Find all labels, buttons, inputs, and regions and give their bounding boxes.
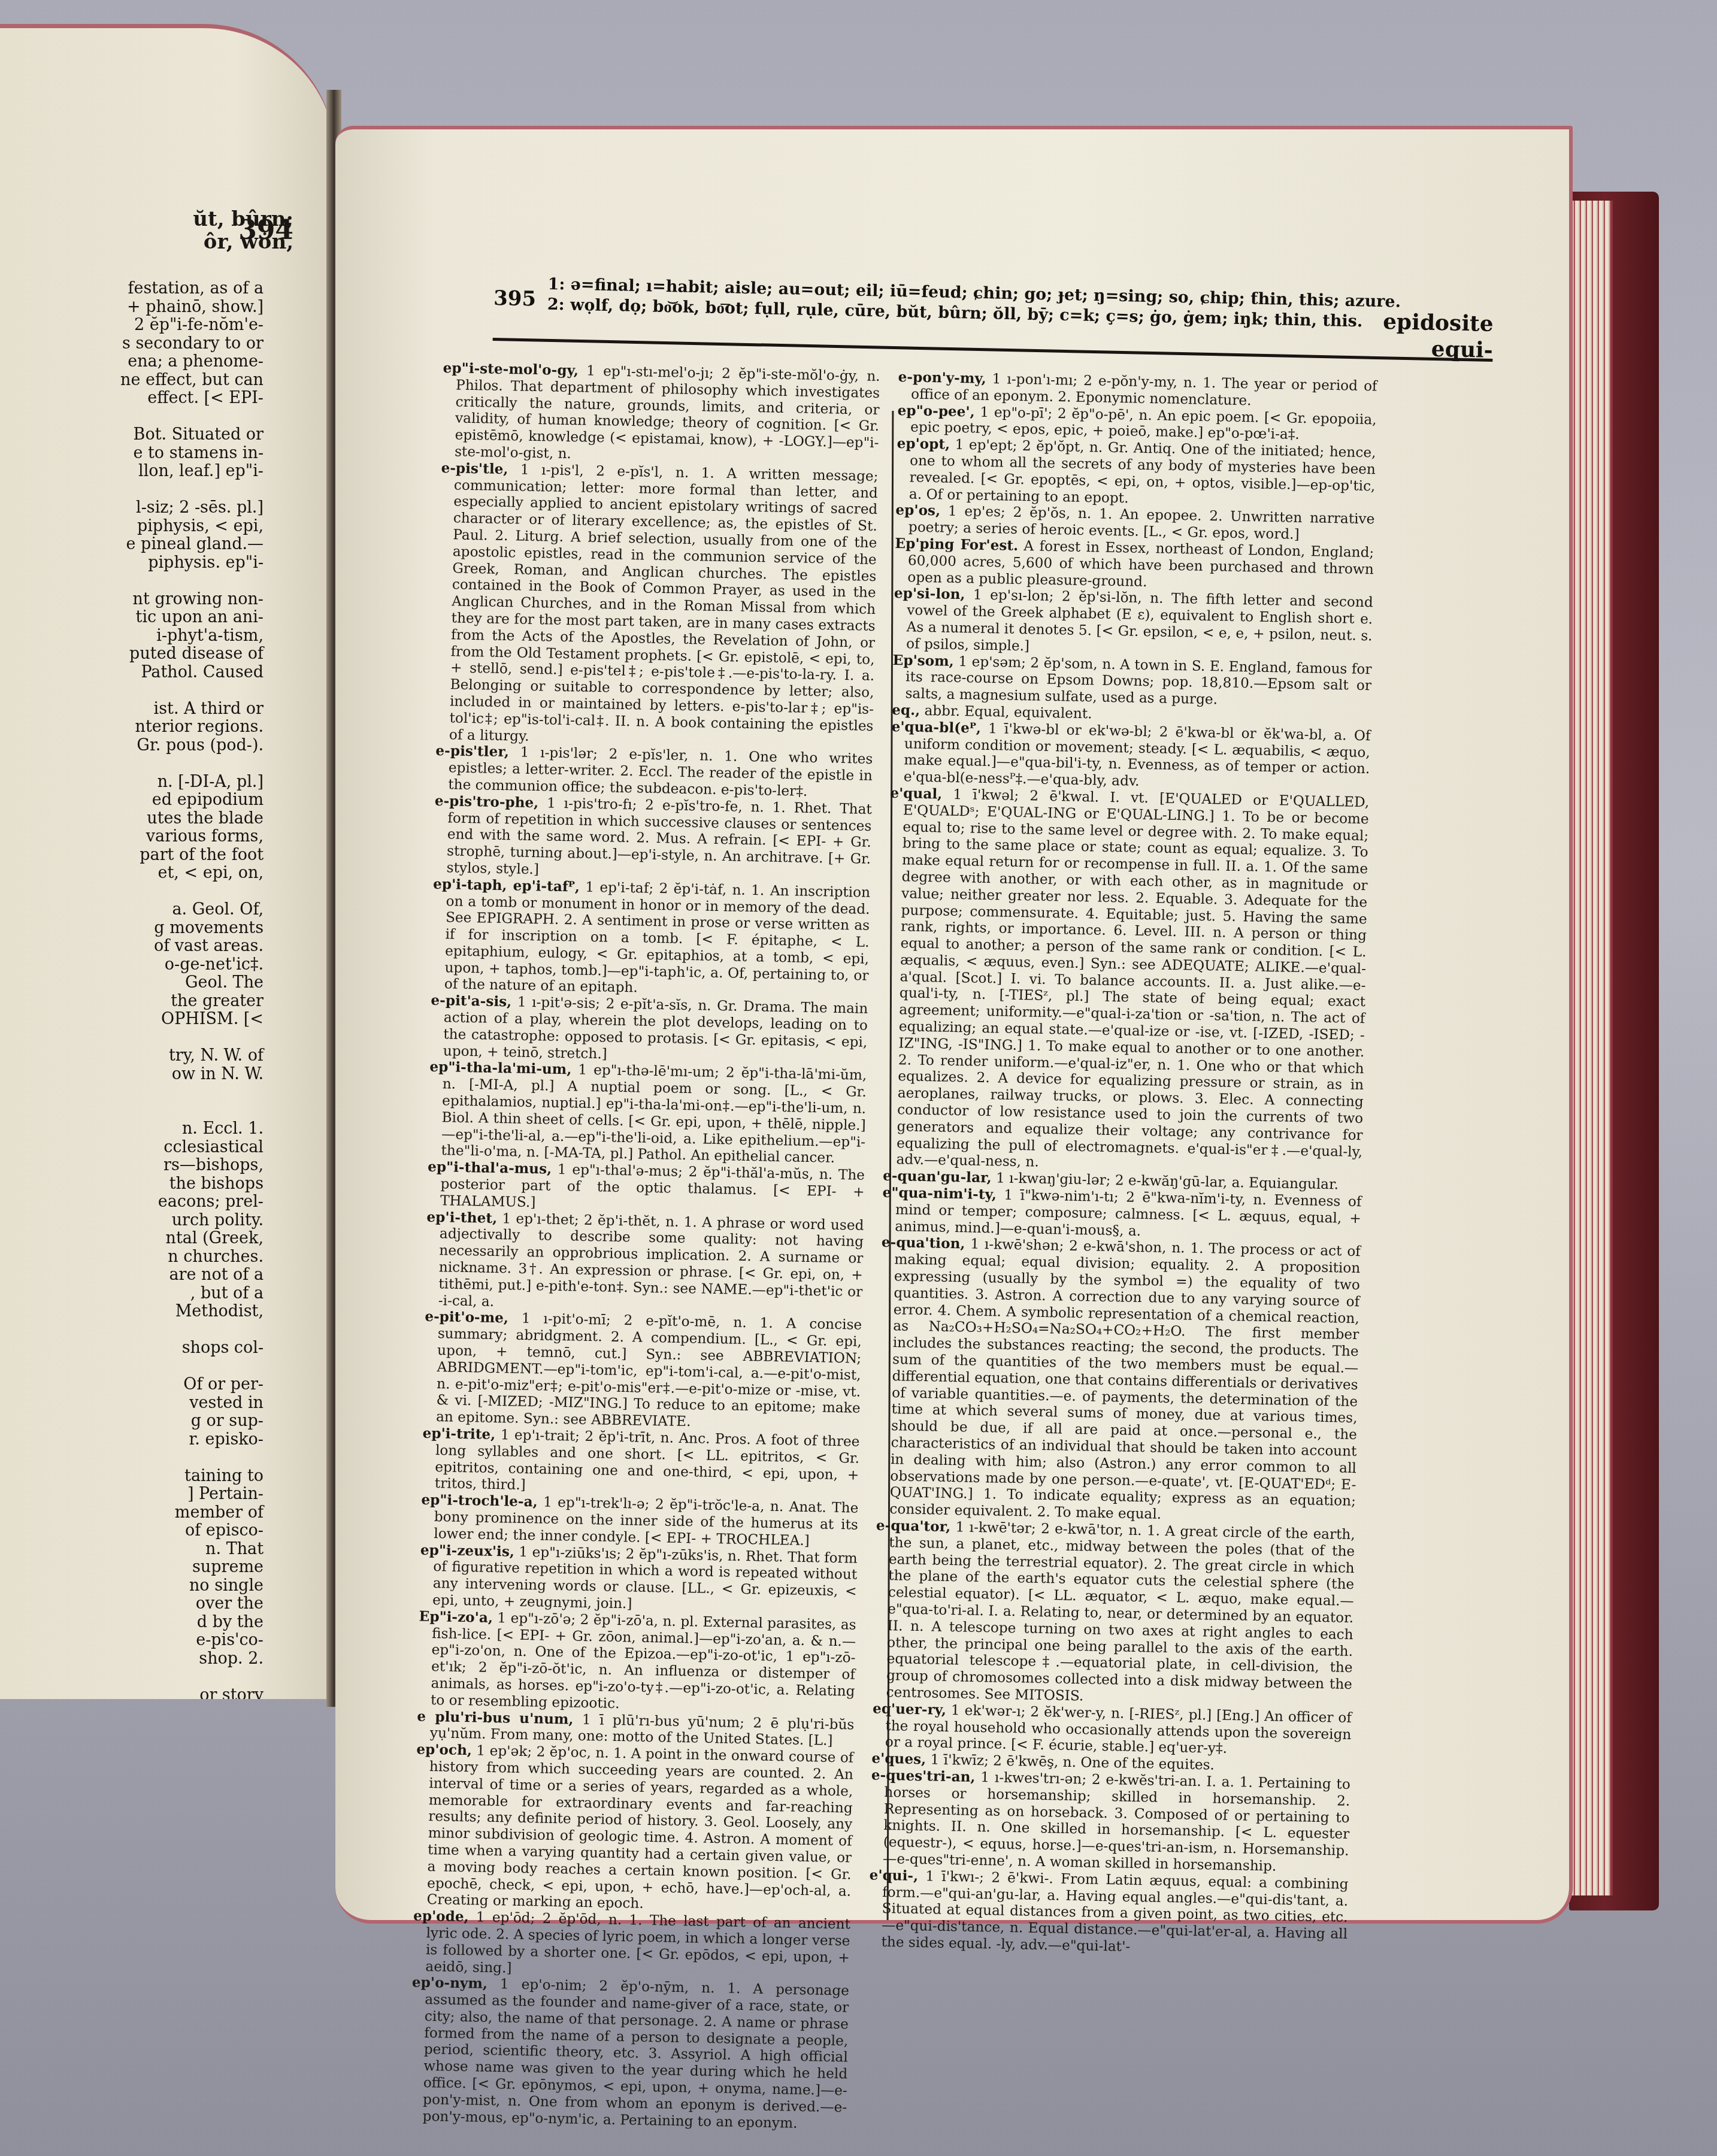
- fragment-line: taining to: [66, 1467, 264, 1486]
- fragment-line: [66, 1358, 264, 1376]
- fragment-line: Methodist,: [66, 1303, 264, 1321]
- entry-headword: e-pit'o-me,: [425, 1309, 508, 1327]
- entry-headword: ep"i-troch'le-a,: [421, 1492, 538, 1510]
- fragment-line: r. episko-: [66, 1431, 264, 1449]
- fragment-line: [66, 883, 264, 901]
- entry-headword: eq.,: [892, 702, 920, 719]
- fragment-line: of episco-: [66, 1522, 264, 1540]
- fragment-line: [66, 1083, 264, 1102]
- dictionary-entry: ep"i-thal'a-mus, 1 ep"ı-thal'ə-mus; 2 ĕp…: [440, 1159, 865, 1217]
- entry-definition: 1 ı-kwē'tər; 2 e-kwā'tor, n. 1. A great …: [886, 1519, 1355, 1704]
- fragment-line: ed epipodium: [66, 791, 264, 810]
- dictionary-entry: e-pis'tler, 1 ı-pis'lər; 2 e-pĭs'ler, n.…: [448, 743, 873, 801]
- entry-headword: eq'uer-ry,: [873, 1700, 947, 1718]
- fragment-line: et, < epi, on,: [66, 864, 264, 883]
- entry-headword: e-pon'y-my,: [898, 369, 986, 387]
- entry-headword: Ep'ping For'est.: [895, 535, 1018, 554]
- fragment-line: piphysis, < epi,: [66, 517, 264, 536]
- entry-headword: e-pit'a-sis,: [431, 992, 511, 1010]
- fragment-line: of vast areas.: [66, 937, 264, 956]
- entry-headword: e'qual,: [890, 785, 942, 803]
- fragment-line: a. Geol. Of,: [66, 901, 264, 919]
- entry-definition: 1 ep"ı-thə-lē'mı-um; 2 ĕp"i-tha-lā'mi-ŭm…: [441, 1062, 867, 1166]
- fragment-line: o-ge-net'ic‡.: [66, 956, 264, 974]
- entry-headword: e-quan'gu-lar,: [883, 1168, 992, 1186]
- fragment-line: piphysis. ep"i-: [66, 554, 264, 573]
- entry-headword: ep"i-zeux'is,: [420, 1542, 515, 1560]
- entry-headword: ep'i-thet,: [426, 1209, 497, 1226]
- fragment-line: nterior regions.: [66, 718, 264, 737]
- entry-definition: 1 ep'ı-thet; 2 ĕp'i-thĕt, n. 1. A phrase…: [438, 1210, 864, 1310]
- entry-definition: 1 ı-pis'lər; 2 e-pĭs'ler, n. 1. One who …: [448, 744, 873, 800]
- entry-headword: ep"o-pee',: [897, 402, 975, 420]
- fragment-line: nt growing non-: [66, 591, 264, 609]
- fragment-line: [66, 1668, 264, 1686]
- guide-words: epidosite equi-: [1382, 308, 1494, 364]
- fragment-line: Geol. The: [66, 974, 264, 992]
- fragment-line: e to stamens in-: [66, 444, 264, 463]
- dictionary-column-right: e-pon'y-my, 1 ı-pon'ı-mı; 2 e-pŏn'y-my, …: [868, 369, 1377, 1960]
- fragment-line: rs—bishops,: [66, 1156, 264, 1175]
- dictionary-column-left: ep"i-ste-mol'o-gy, 1 ep"ı-stı-mel'o-jı; …: [409, 360, 880, 2133]
- fragment-line: are not of a: [66, 1266, 264, 1285]
- dictionary-entry: e-qua'tor, 1 ı-kwē'tər; 2 e-kwā'tor, n. …: [886, 1518, 1355, 1710]
- fragment-line: llon, leaf.] ep"i-: [66, 462, 264, 481]
- fragment-line: Bot. Situated or: [66, 426, 264, 444]
- fragment-line: s secondary to or: [66, 335, 264, 353]
- dictionary-entry: ep'och, 1 ep'ək; 2 ĕp'oc, n. 1. A point …: [426, 1742, 853, 1916]
- fragment-line: [66, 408, 264, 426]
- dictionary-entry: e-qua'tion, 1 ı-kwē'shən; 2 e-kwā'shon, …: [889, 1235, 1361, 1527]
- fragment-line: part of the foot: [66, 846, 264, 865]
- fragment-line: shop. 2.: [66, 1650, 264, 1669]
- entry-definition: 1 ep'o-nim; 2 ĕp'o-nȳm, n. 1. A personag…: [422, 1976, 849, 2131]
- fragment-line: urch polity.: [66, 1212, 264, 1230]
- dictionary-entry: Ep'ping For'est. A forest in Essex, nort…: [907, 535, 1374, 594]
- fragment-line: n. That: [66, 1540, 264, 1559]
- entry-headword: e-pis'tle,: [441, 460, 508, 477]
- fragment-line: eacons; prel-: [66, 1193, 264, 1212]
- fragment-line: utes the blade: [66, 810, 264, 828]
- dictionary-entry: ep"i-tha-la'mi-um, 1 ep"ı-thə-lē'mı-um; …: [441, 1059, 867, 1167]
- fragment-line: n. [-DI-A, pl.]: [66, 773, 264, 792]
- dictionary-entry: ep'i-trite, 1 ep'ı-trait; 2 ĕp'i-trīt, n…: [435, 1425, 860, 1500]
- fragment-line: OPHISM. [<: [66, 1010, 264, 1029]
- entry-headword: ep'ode,: [413, 1908, 469, 1925]
- fragment-line: over the: [66, 1595, 264, 1613]
- entry-headword: e-ques'tri-an,: [871, 1767, 976, 1785]
- fragment-line: try, N. W. of: [66, 1047, 264, 1065]
- guide-word-first: epidosite: [1383, 308, 1494, 337]
- fragment-line: [66, 1102, 264, 1121]
- entry-definition: 1 ī'kwəl; 2 ē'kwal. I. vt. [E'QUALED or …: [896, 786, 1369, 1170]
- dictionary-entry: ep'si-lon, 1 ep'sı-lon; 2 ĕp'si-lŏn, n. …: [906, 586, 1373, 661]
- fragment-line: + phainō, show.]: [66, 298, 264, 317]
- fragment-line: [66, 755, 264, 773]
- entry-headword: Ep"i-zo'a,: [419, 1608, 493, 1625]
- fragment-line: l-siz; 2 -sēs. pl.]: [66, 499, 264, 517]
- left-page-text-fragment: festation, as of a+ phainō, show.]2 ĕp"i…: [66, 280, 264, 1699]
- dictionary-entry: ep"i-troch'le-a, 1 ep"ı-trek'lı-ə; 2 ĕp"…: [434, 1492, 858, 1550]
- dictionary-entry: ep'i-thet, 1 ep'ı-thet; 2 ĕp'i-thĕt, n. …: [438, 1209, 864, 1317]
- fragment-line: i-phyt'a-tism,: [66, 627, 264, 646]
- entry-headword: e'ques,: [871, 1751, 926, 1768]
- fragment-line: , but of a: [66, 1285, 264, 1303]
- fragment-line: [66, 572, 264, 591]
- fragment-line: [66, 682, 264, 700]
- fragment-line: n churches.: [66, 1248, 264, 1267]
- fragment-line: or story: [66, 1686, 264, 1700]
- fragment-line: the bishops: [66, 1175, 264, 1194]
- fragment-line: ] Pertain-: [66, 1485, 264, 1504]
- fragment-line: g or sup-: [66, 1412, 264, 1431]
- fragment-line: ena; a phenome-: [66, 353, 264, 371]
- entry-headword: ep'opt,: [897, 435, 950, 453]
- fragment-line: ntal (Greek,: [66, 1230, 264, 1248]
- right-page: 395 1: ə=final; ı=habit; aisle; au=out; …: [335, 126, 1573, 1924]
- fragment-line: ne effect, but can: [66, 371, 264, 390]
- entry-headword: ep"i-tha-la'mi-um,: [429, 1059, 572, 1078]
- dictionary-entry: e'qui-, 1 ī'kwı-; 2 ē'kwi-. From Latin æ…: [881, 1867, 1349, 1960]
- entry-definition: 1 ek'wər-ı; 2 ĕk'wer-y, n. [-RIESᶻ, pl.]…: [885, 1702, 1352, 1757]
- fragment-line: [66, 1029, 264, 1047]
- fragment-line: the greater: [66, 992, 264, 1011]
- fragment-line: no single: [66, 1577, 264, 1595]
- entry-headword: e-pis'tro-phe,: [435, 793, 539, 811]
- entry-definition: 1 ī'kwı-; 2 ē'kwi-. From Latin æquus, eq…: [881, 1868, 1349, 1955]
- entry-definition: 1 ep"ı-zō'ə; 2 ĕp"i-zō'a, n. pl. Externa…: [431, 1610, 856, 1712]
- dictionary-entry: ep'ode, 1 ep'ōd; 2 ĕp'ōd, n. 1. The last…: [425, 1908, 850, 1983]
- fragment-line: d by the: [66, 1613, 264, 1632]
- fragment-line: Of or per-: [66, 1376, 264, 1394]
- fragment-line: festation, as of a: [66, 280, 264, 298]
- entry-headword: e plu'ri-bus u'num,: [417, 1708, 574, 1727]
- dictionary-entry: e'qua-bl(eᴾ, 1 ī'kwə-bl or ek'wə-bl; 2 ē…: [904, 719, 1371, 794]
- entry-headword: Ep'som,: [892, 652, 954, 669]
- fragment-line: [66, 481, 264, 499]
- dictionary-entry: Ep"i-zo'a, 1 ep"ı-zō'ə; 2 ĕp"i-zō'a, n. …: [431, 1609, 856, 1716]
- entry-definition: 1 ep'ı-trait; 2 ĕp'i-trīt, n. Anc. Pros.…: [435, 1427, 860, 1493]
- fragment-line: puted disease of: [66, 645, 264, 664]
- entry-headword: ep'och,: [416, 1742, 472, 1759]
- fragment-line: vested in: [66, 1394, 264, 1413]
- fragment-line: [66, 1449, 264, 1467]
- dictionary-entry: ep'o-nym, 1 ep'o-nim; 2 ĕp'o-nȳm, n. 1. …: [422, 1975, 849, 2133]
- fragment-line: cclesiastical: [66, 1138, 264, 1157]
- fragment-line: ow in N. W.: [66, 1065, 264, 1084]
- entry-headword: ep"i-ste-mol'o-gy,: [443, 360, 579, 378]
- entry-definition: 1 ı-kwē'shən; 2 e-kwā'shon, n. 1. The pr…: [889, 1236, 1361, 1522]
- page-number: 395: [493, 286, 537, 311]
- entry-headword: ep'i-trite,: [422, 1425, 495, 1443]
- fragment-line: various forms,: [66, 828, 264, 846]
- page-header: 395 1: ə=final; ı=habit; aisle; au=out; …: [492, 273, 1512, 367]
- fragment-line: [66, 1321, 264, 1340]
- entry-headword: ep'os,: [895, 502, 940, 519]
- entry-headword: e-pis'tler,: [435, 743, 509, 760]
- entry-headword: ep"i-thal'a-mus,: [428, 1159, 552, 1177]
- fragment-line: g movements: [66, 919, 264, 938]
- dictionary-entry: e-ques'tri-an, 1 ı-kwes'trı-ən; 2 e-kwĕs…: [883, 1767, 1350, 1876]
- dictionary-entry: ep"i-ste-mol'o-gy, 1 ep"ı-stı-mel'o-jı; …: [455, 360, 880, 468]
- dictionary-entry: e"qua-nim'i-ty, 1 ī"kwə-nim'ı-tı; 2 ē"kw…: [895, 1185, 1361, 1243]
- entry-definition: 1 ı-kwes'trı-ən; 2 e-kwĕs'tri-an. I. a. …: [883, 1769, 1350, 1875]
- fragment-line: member of: [66, 1504, 264, 1522]
- entry-headword: e'qui-,: [869, 1867, 918, 1884]
- entry-headword: e"qua-nim'i-ty,: [882, 1185, 997, 1203]
- fragment-line: Pathol. Caused: [66, 664, 264, 682]
- entry-definition: 1 ep'ək; 2 ĕp'oc, n. 1. A point in the o…: [426, 1742, 853, 1912]
- entry-headword: e-qua'tion,: [882, 1234, 965, 1252]
- left-page: ŭt, bûrn; ôr, wȯn, 394 festation, as of …: [0, 24, 335, 1699]
- left-page-header: ŭt, bûrn; ôr, wȯn, 394: [193, 208, 293, 266]
- fragment-line: shops col-: [66, 1339, 264, 1358]
- entry-definition: 1 ep'ept; 2 ĕp'ŏpt, n. Gr. Antiq. One of…: [909, 437, 1376, 506]
- entry-definition: 1 ı-pis'l, 2 e-pĭs'l, n. 1. A written me…: [449, 461, 879, 744]
- fragment-line: e-pis'co-: [66, 1631, 264, 1650]
- fragment-line: n. Eccl. 1.: [66, 1120, 264, 1138]
- entry-definition: 1 ep'səm; 2 ĕp'som, n. A town in S. E. E…: [905, 653, 1371, 707]
- entry-definition: 1 ep'sı-lon; 2 ĕp'si-lŏn, n. The fifth l…: [906, 587, 1373, 654]
- entry-headword: e-qua'tor,: [876, 1518, 951, 1535]
- fragment-line: ist. A third or: [66, 700, 264, 719]
- dictionary-entry: Ep'som, 1 ep'səm; 2 ĕp'som, n. A town in…: [905, 652, 1371, 711]
- pronunciation-key: 1: ə=final; ı=habit; aisle; au=out; eil;…: [547, 274, 1401, 333]
- entry-headword: e'qua-bl(eᴾ,: [891, 719, 981, 737]
- entry-headword: ep'i-taph, ep'i-tafᴾ,: [433, 876, 580, 895]
- entry-headword: ep'o-nym,: [412, 1975, 488, 1992]
- dictionary-entry: e-pit'a-sis, 1 ı-pit'ə-sis; 2 e-pĭt'a-sĭ…: [443, 993, 868, 1068]
- fragment-line: 2 ĕp"i-fe-nŏm'e-: [66, 316, 264, 335]
- entry-definition: 1 ep'i-taf; 2 ĕp'i-tȧf, n. 1. An inscrip…: [444, 879, 871, 996]
- fragment-line: supreme: [66, 1558, 264, 1577]
- left-page-number: 394: [193, 215, 293, 246]
- fragment-line: e pineal gland.—: [66, 535, 264, 554]
- dictionary-entry: e'qual, 1 ī'kwəl; 2 ē'kwal. I. vt. [E'QU…: [896, 785, 1369, 1177]
- dictionary-entry: e-pit'o-me, 1 ı-pit'o-mī; 2 e-pĭt'o-mē, …: [436, 1309, 862, 1434]
- dictionary-entry: ep'i-taph, ep'i-tafᴾ, 1 ep'i-taf; 2 ĕp'i…: [444, 876, 871, 1001]
- dictionary-entry: e-pis'tle, 1 ı-pis'l, 2 e-pĭs'l, n. 1. A…: [449, 460, 879, 751]
- fragment-line: tic upon an ani-: [66, 608, 264, 627]
- dictionary-entry: ep'opt, 1 ep'ept; 2 ĕp'ŏpt, n. Gr. Antiq…: [909, 436, 1376, 511]
- entry-headword: ep'si-lon,: [894, 585, 965, 602]
- entry-definition: 1 ep'ōd; 2 ĕp'ōd, n. 1. The last part of…: [425, 1909, 850, 1976]
- fragment-line: Gr. pous (pod-).: [66, 737, 264, 755]
- entry-definition: 1 ı-pit'o-mī; 2 e-pĭt'o-mē, n. 1. A conc…: [436, 1310, 862, 1430]
- dictionary-entry: ep"i-zeux'is, 1 ep"ı-ziūks'ıs; 2 ĕp"ı-zū…: [432, 1542, 858, 1617]
- dictionary-entry: e-pis'tro-phe, 1 ı-pis'tro-fı; 2 e-pĭs't…: [446, 793, 872, 885]
- fragment-line: effect. [< EPI-: [66, 389, 264, 408]
- dictionary-entry: eq'uer-ry, 1 ek'wər-ı; 2 ĕk'wer-y, n. [-…: [885, 1701, 1352, 1760]
- header-rule: [493, 338, 1493, 362]
